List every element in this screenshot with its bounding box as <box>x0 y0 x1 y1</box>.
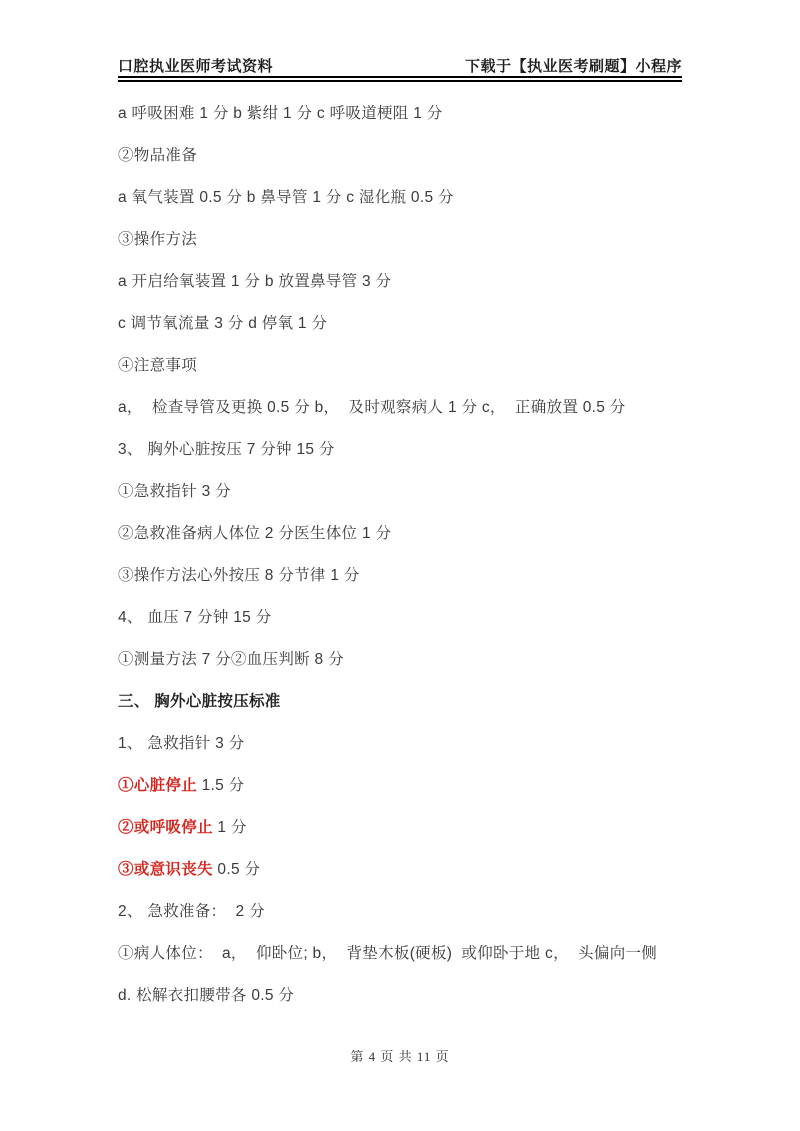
header-rule <box>118 76 682 82</box>
paragraph: ③或意识丧失 0.5 分 <box>118 859 720 881</box>
paragraph: a 氧气装置 0.5 分 b 鼻导管 1 分 c 湿化瓶 0.5 分 <box>118 187 720 209</box>
header-right-note: 下载于【执业医考刷题】小程序 <box>465 55 682 76</box>
paragraph: a 开启给氧装置 1 分 b 放置鼻导管 3 分 <box>118 271 720 293</box>
paragraph: ①测量方法 7 分②血压判断 8 分 <box>118 649 720 671</box>
paragraph: ①病人体位： a， 仰卧位; b， 背垫木板(硬板) 或仰卧于地 c， 头偏向一… <box>118 943 720 965</box>
paragraph: ②急救准备病人体位 2 分医生体位 1 分 <box>118 523 720 545</box>
paragraph: ③操作方法心外按压 8 分节律 1 分 <box>118 565 720 587</box>
red-emphasis-text: ①心脏停止 <box>118 777 197 794</box>
score-text: 0.5 分 <box>213 861 260 878</box>
header-left-title: 口腔执业医师考试资料 <box>118 55 273 76</box>
section-heading: 三、 胸外心脏按压标准 <box>118 691 720 713</box>
paragraph: ②物品准备 <box>118 145 720 167</box>
paragraph: ④注意事项 <box>118 355 720 377</box>
paragraph: 2、 急救准备： 2 分 <box>118 901 720 923</box>
paragraph: ③操作方法 <box>118 229 720 251</box>
paragraph: c 调节氧流量 3 分 d 停氧 1 分 <box>118 313 720 335</box>
paragraph: ①急救指针 3 分 <box>118 481 720 503</box>
red-emphasis-text: ②或呼吸停止 <box>118 819 213 836</box>
document-page: 口腔执业医师考试资料 下载于【执业医考刷题】小程序 a 呼吸困难 1 分 b 紫… <box>0 0 800 1131</box>
paragraph: ①心脏停止 1.5 分 <box>118 775 720 797</box>
score-text: 1.5 分 <box>197 777 244 794</box>
page-number-text: 第 4 页 共 11 页 <box>350 1049 449 1064</box>
red-emphasis-text: ③或意识丧失 <box>118 861 213 878</box>
paragraph: 3、 胸外心脏按压 7 分钟 15 分 <box>118 439 720 461</box>
paragraph: 4、 血压 7 分钟 15 分 <box>118 607 720 629</box>
score-text: 1 分 <box>213 819 247 836</box>
paragraph: a 呼吸困难 1 分 b 紫绀 1 分 c 呼吸道梗阻 1 分 <box>118 103 720 125</box>
paragraph: a， 检查导管及更换 0.5 分 b， 及时观察病人 1 分 c， 正确放置 0… <box>118 397 720 419</box>
paragraph: 1、 急救指针 3 分 <box>118 733 720 755</box>
paragraph: d. 松解衣扣腰带各 0.5 分 <box>118 985 720 1007</box>
paragraph: ②或呼吸停止 1 分 <box>118 817 720 839</box>
document-body: a 呼吸困难 1 分 b 紫绀 1 分 c 呼吸道梗阻 1 分②物品准备a 氧气… <box>118 103 720 1027</box>
page-footer: 第 4 页 共 11 页 <box>0 1046 800 1065</box>
page-header: 口腔执业医师考试资料 下载于【执业医考刷题】小程序 <box>118 55 682 76</box>
